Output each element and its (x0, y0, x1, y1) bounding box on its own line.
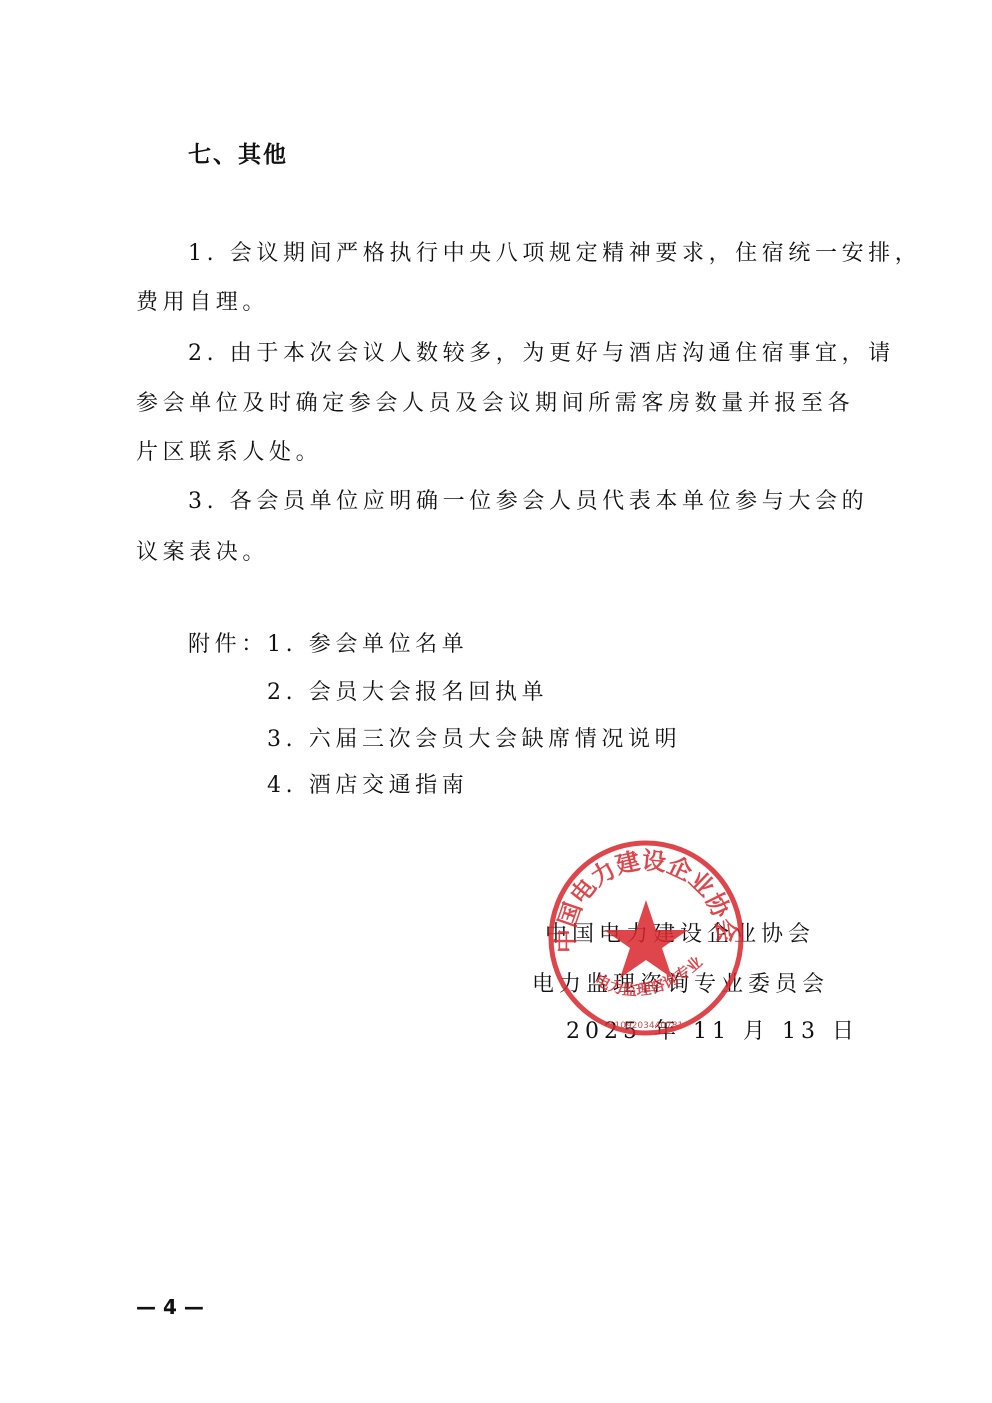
attachment-item-3: 3. 六届三次会员大会缺席情况说明 (267, 725, 681, 755)
attachment-item-2: 2. 会员大会报名回执单 (267, 678, 548, 708)
attachment-item-1: 1. 参会单位名单 (267, 630, 468, 660)
paragraph-2-line-1: 2. 由于本次会议人数较多，为更好与酒店沟通住宿事宜，请 (188, 339, 895, 369)
section-heading: 七、其他 (188, 136, 288, 169)
paragraph-1-line-1: 1. 会议期间严格执行中央八项规定精神要求，住宿统一安排， (188, 239, 921, 269)
seal-code: 1109203440781 (609, 1021, 683, 1031)
paragraph-2-line-3: 片区联系人处。 (136, 438, 322, 468)
star-icon (604, 900, 688, 978)
paragraph-1-line-2: 费用自理。 (136, 288, 269, 318)
paragraph-2-line-2: 参会单位及时确定参会人员及会议期间所需客房数量并报至各 (136, 389, 854, 419)
official-seal: 中国电力建设企业协会 电力监理咨询专业委员会 1109203440781 (546, 838, 746, 1038)
paragraph-3-line-2: 议案表决。 (136, 538, 269, 568)
attachments-label: 附件： (188, 630, 268, 660)
page-number: — 4 — (136, 1295, 204, 1319)
paragraph-3-line-1: 3. 各会员单位应明确一位参会人员代表本单位参与大会的 (188, 487, 868, 517)
attachment-item-4: 4. 酒店交通指南 (267, 771, 468, 801)
